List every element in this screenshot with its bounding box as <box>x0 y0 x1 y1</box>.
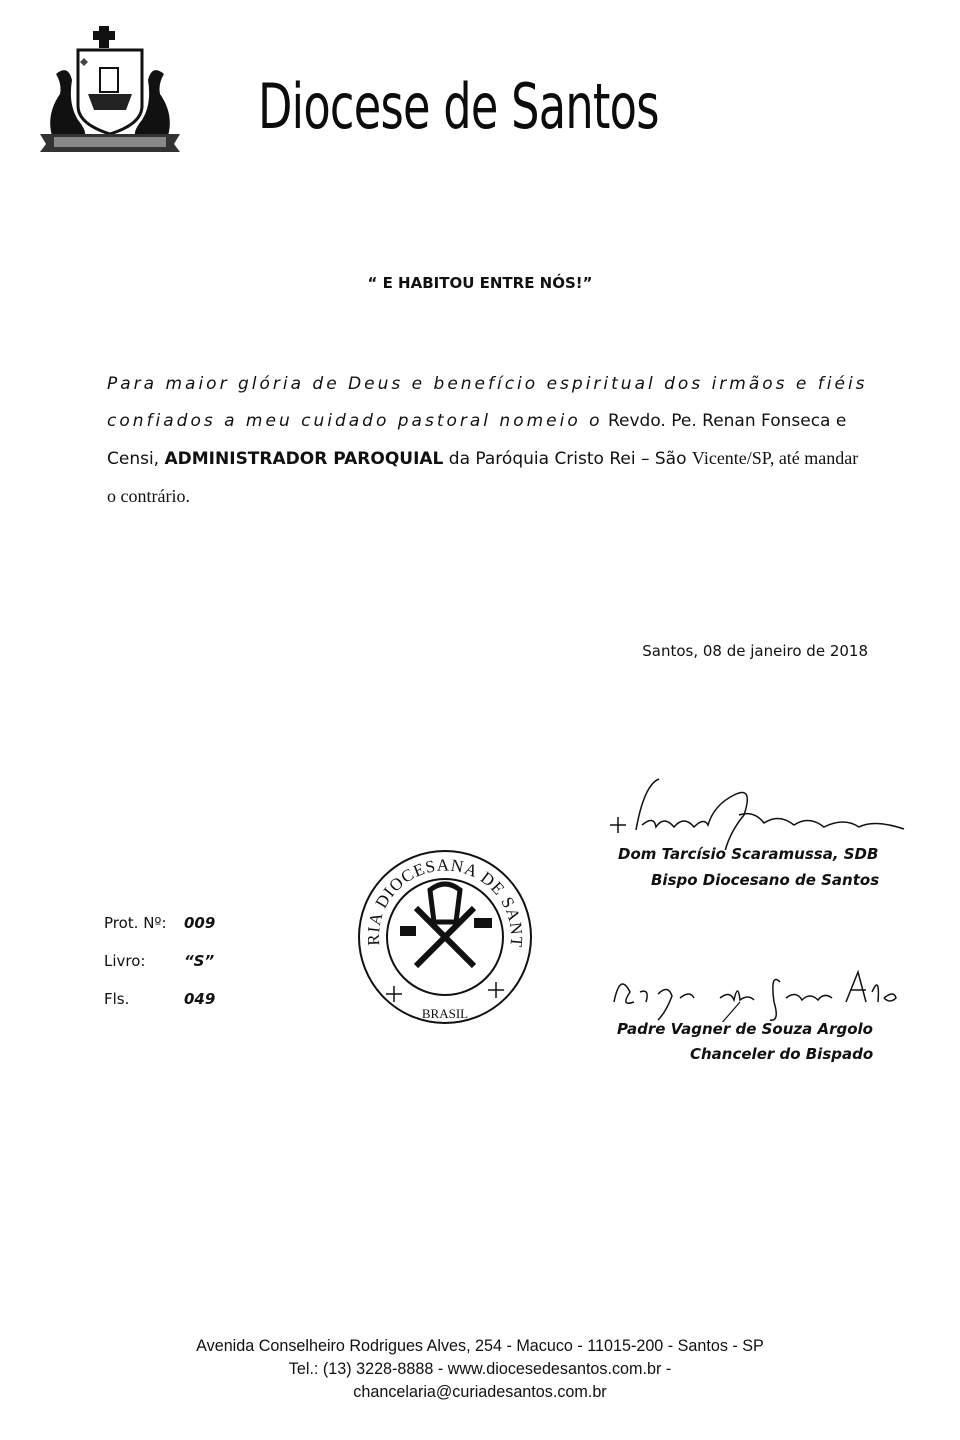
footer-contact: Avenida Conselheiro Rodrigues Alves, 254… <box>24 1334 936 1403</box>
date-line: Santos, 08 de janeiro de 2018 <box>642 642 868 660</box>
svg-text:BRASIL: BRASIL <box>422 1006 468 1021</box>
body-text: da Paróquia Cristo Rei – São <box>443 449 692 469</box>
nomination-paragraph: Para maior glória de Deus e benefício es… <box>107 366 869 516</box>
diocese-coat-of-arms-icon <box>38 24 182 154</box>
motto-heading: “ E HABITOU ENTRE NÓS!” <box>0 274 960 292</box>
handwritten-signature-icon <box>604 775 914 850</box>
curia-seal-icon: CURIA DIOCESANA DE SANTOS BRASIL <box>356 848 534 1026</box>
registry-block: Prot. Nº:009 Livro:“S” Fls.049 <box>104 904 215 1018</box>
registry-row-book: Livro:“S” <box>104 942 215 980</box>
footer-email: chancelaria@curiadesantos.com.br <box>24 1380 936 1403</box>
registry-row-pages: Fls.049 <box>104 980 215 1018</box>
body-bold-title: ADMINISTRADOR PAROQUIAL <box>165 449 444 469</box>
page-title: Diocese de Santos <box>258 70 659 143</box>
footer-phone-website: Tel.: (13) 3228-8888 - www.diocesedesant… <box>24 1357 936 1380</box>
registry-row-protocol: Prot. Nº:009 <box>104 904 215 942</box>
signatory-role: Chanceler do Bispado <box>690 1045 873 1063</box>
signatory-name: Padre Vagner de Souza Argolo <box>617 1020 873 1038</box>
signatory-role: Bispo Diocesano de Santos <box>651 871 879 889</box>
signatory-name: Dom Tarcísio Scaramussa, SDB <box>618 845 878 863</box>
footer-address: Avenida Conselheiro Rodrigues Alves, 254… <box>24 1334 936 1357</box>
handwritten-signature-icon <box>610 962 900 1022</box>
